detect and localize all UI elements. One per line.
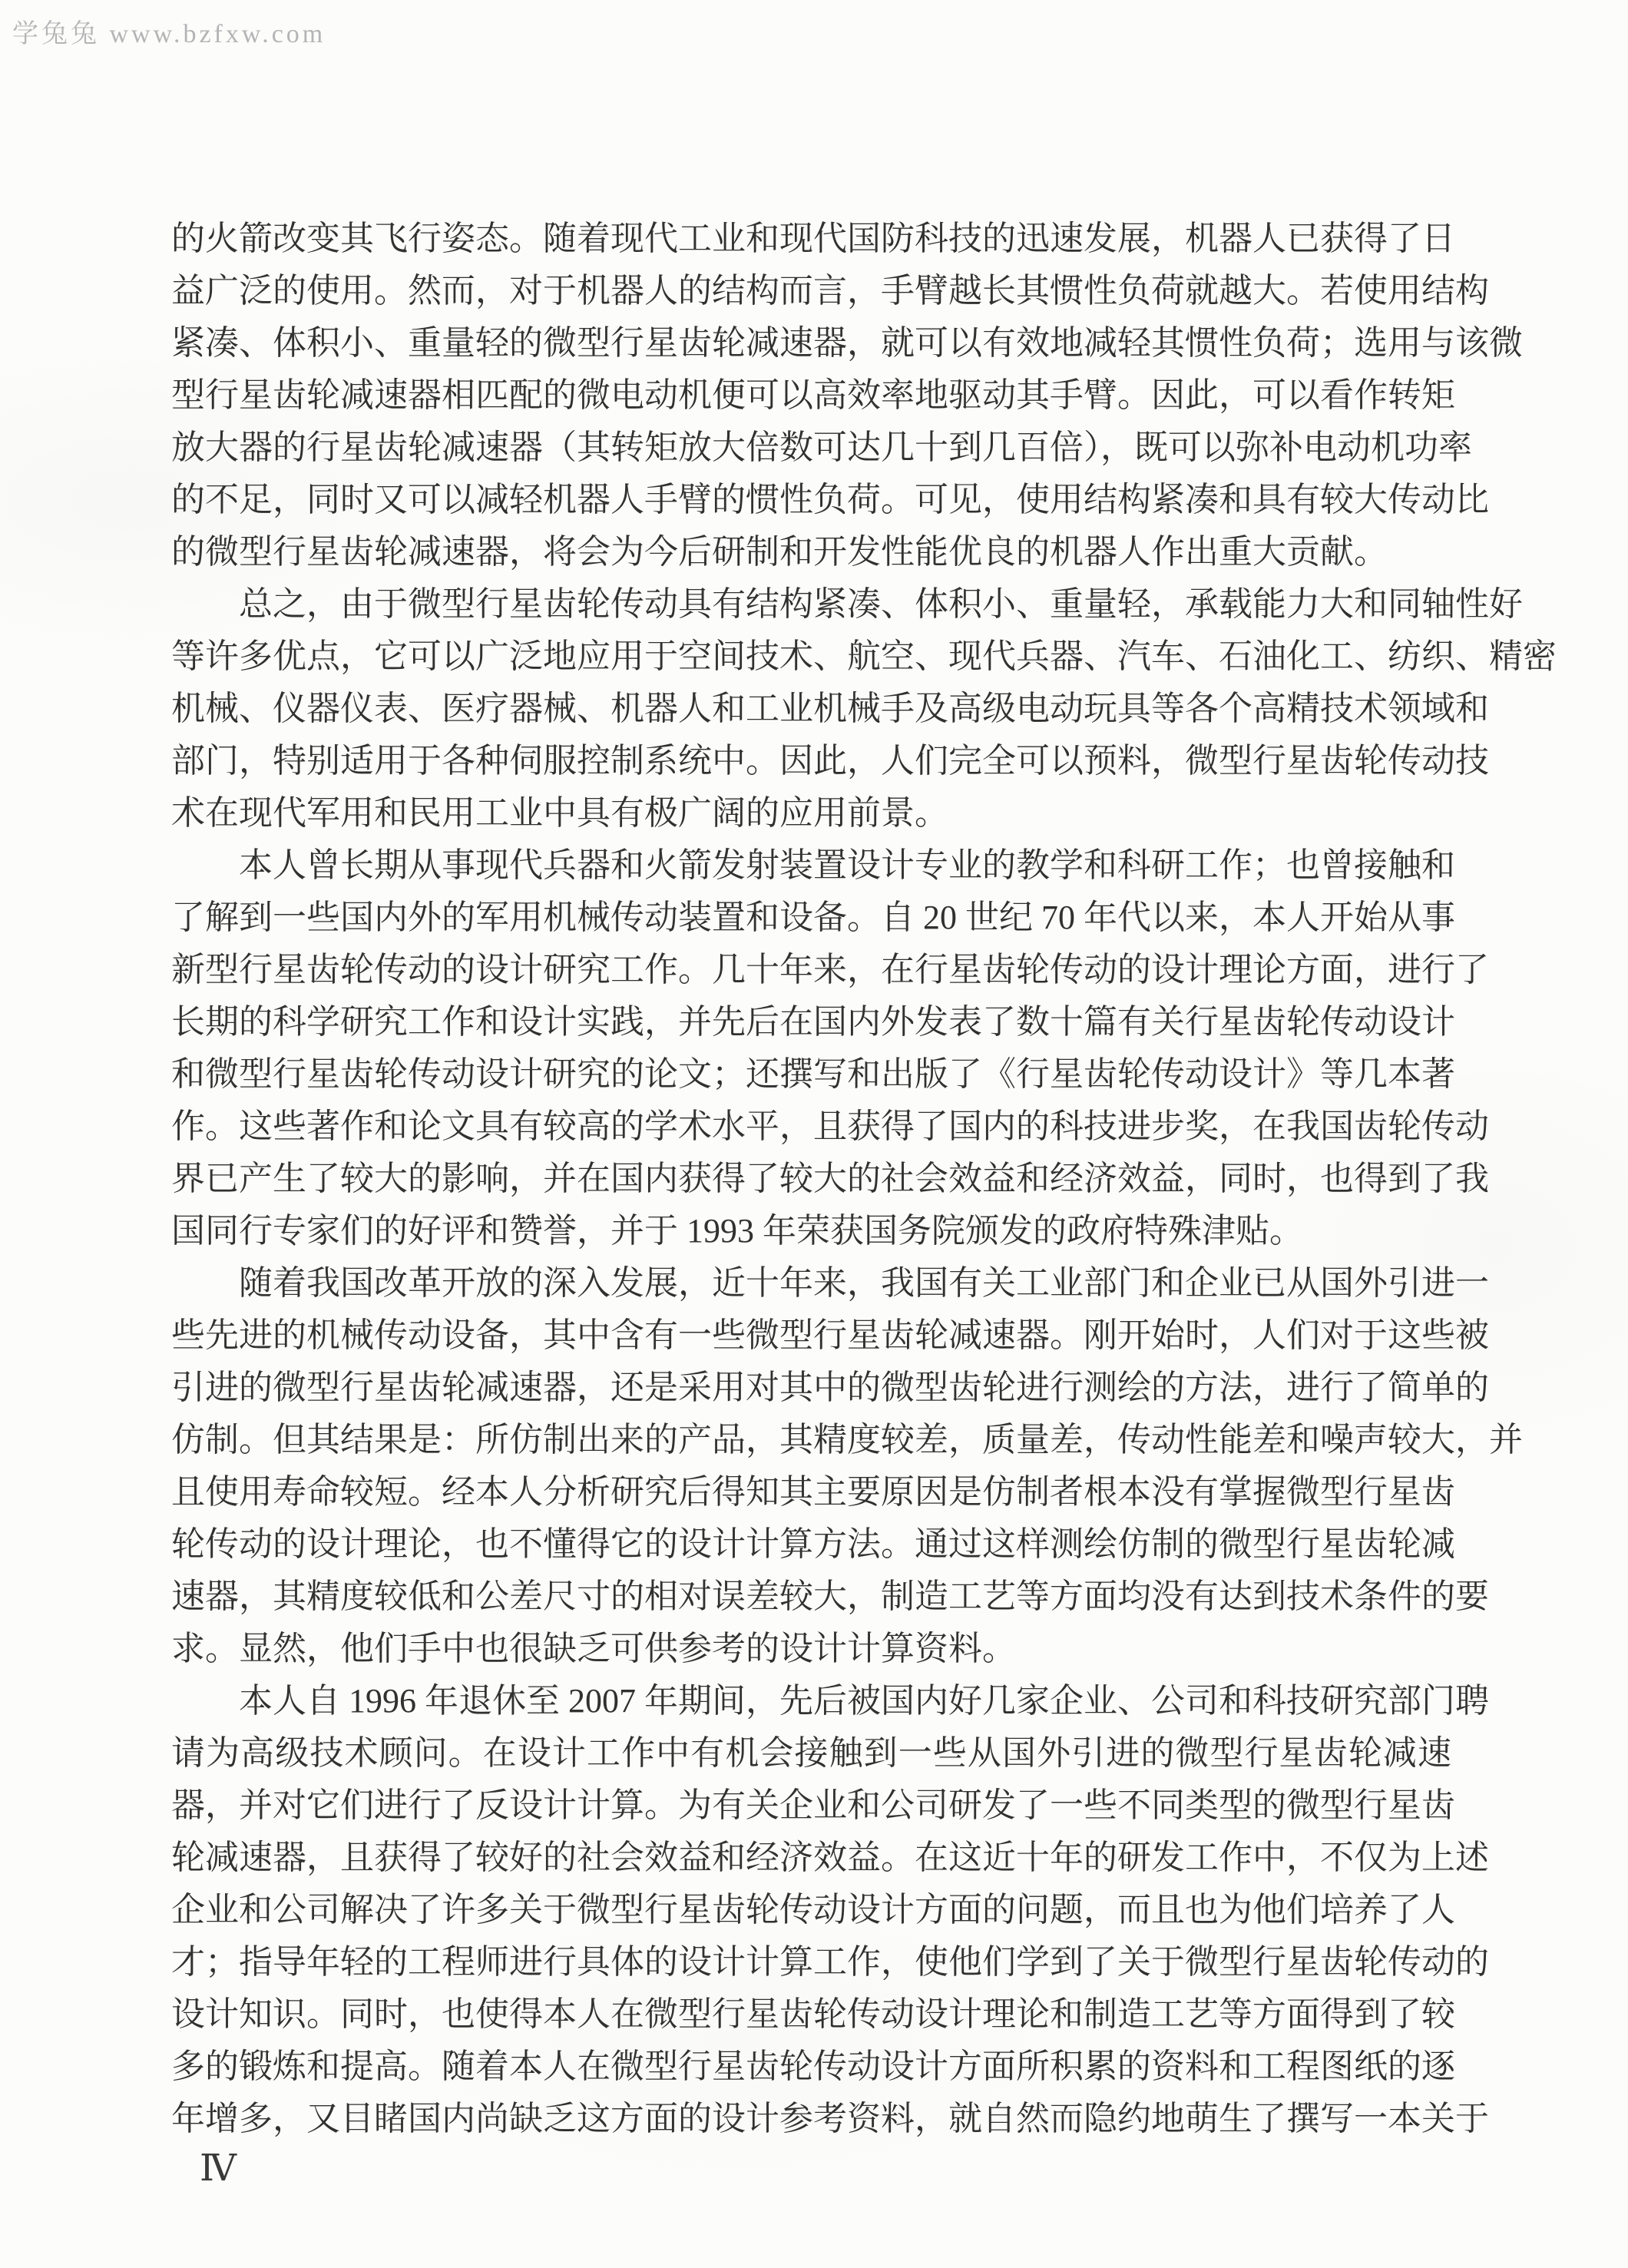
text-line: 等许多优点，它可以广泛地应用于空间技术、航空、现代兵器、汽车、石油化工、纺织、精… <box>171 631 1451 683</box>
body-text-block: 的火箭改变其飞行姿态。随着现代工业和现代国防科技的迅速发展，机器人已获得了日益广… <box>171 213 1451 2145</box>
text-line: 企业和公司解决了许多关于微型行星齿轮传动设计方面的问题，而且也为他们培养了人 <box>171 1884 1451 1936</box>
text-line: 才；指导年轻的工程师进行具体的设计计算工作，使他们学到了关于微型行星齿轮传动的 <box>171 1936 1451 1988</box>
page-number: Ⅳ <box>200 2147 237 2190</box>
text-line: 国同行专家们的好评和赞誉，并于 1993 年荣获国务院颁发的政府特殊津贴。 <box>171 1205 1451 1257</box>
text-line: 随着我国改革开放的深入发展，近十年来，我国有关工业部门和企业已从国外引进一 <box>171 1257 1451 1309</box>
text-line: 术在现代军用和民用工业中具有极广阔的应用前景。 <box>171 787 1451 839</box>
text-line: 新型行星齿轮传动的设计研究工作。几十年来，在行星齿轮传动的设计理论方面，进行了 <box>171 944 1451 996</box>
text-line: 设计知识。同时，也使得本人在微型行星齿轮传动设计理论和制造工艺等方面得到了较 <box>171 1988 1451 2041</box>
text-line: 界已产生了较大的影响，并在国内获得了较大的社会效益和经济效益，同时，也得到了我 <box>171 1153 1451 1205</box>
text-line: 放大器的行星齿轮减速器（其转矩放大倍数可达几十到几百倍），既可以弥补电动机功率 <box>171 422 1451 474</box>
text-line: 引进的微型行星齿轮减速器，还是采用对其中的微型齿轮进行测绘的方法，进行了简单的 <box>171 1362 1451 1414</box>
text-line: 的不足，同时又可以减轻机器人手臂的惯性负荷。可见，使用结构紧凑和具有较大传动比 <box>171 474 1451 526</box>
text-line: 机械、仪器仪表、医疗器械、机器人和工业机械手及高级电动玩具等各个高精技术领域和 <box>171 683 1451 735</box>
text-line: 和微型行星齿轮传动设计研究的论文；还撰写和出版了《行星齿轮传动设计》等几本著 <box>171 1048 1451 1101</box>
document-page: 学兔兔 www.bzfxw.com 的火箭改变其飞行姿态。随着现代工业和现代国防… <box>0 0 1628 2268</box>
text-line: 总之，由于微型行星齿轮传动具有结构紧凑、体积小、重量轻，承载能力大和同轴性好 <box>171 578 1451 631</box>
text-line: 益广泛的使用。然而，对于机器人的结构而言，手臂越长其惯性负荷就越大。若使用结构 <box>171 265 1451 317</box>
text-line: 请为高级技术顾问。在设计工作中有机会接触到一些从国外引进的微型行星齿轮减速 <box>171 1727 1451 1780</box>
watermark-text: 学兔兔 www.bzfxw.com <box>12 12 326 50</box>
text-line: 轮减速器，且获得了较好的社会效益和经济效益。在这近十年的研发工作中，不仅为上述 <box>171 1832 1451 1884</box>
text-line: 紧凑、体积小、重量轻的微型行星齿轮减速器，就可以有效地减轻其惯性负荷；选用与该微 <box>171 317 1451 369</box>
text-line: 且使用寿命较短。经本人分析研究后得知其主要原因是仿制者根本没有掌握微型行星齿 <box>171 1466 1451 1518</box>
text-line: 作。这些著作和论文具有较高的学术水平，且获得了国内的科技进步奖，在我国齿轮传动 <box>171 1101 1451 1153</box>
text-line: 些先进的机械传动设备，其中含有一些微型行星齿轮减速器。刚开始时，人们对于这些被 <box>171 1309 1451 1362</box>
text-line: 多的锻炼和提高。随着本人在微型行星齿轮传动设计方面所积累的资料和工程图纸的逐 <box>171 2041 1451 2093</box>
text-line: 本人曾长期从事现代兵器和火箭发射装置设计专业的教学和科研工作；也曾接触和 <box>171 839 1451 892</box>
text-line: 的火箭改变其飞行姿态。随着现代工业和现代国防科技的迅速发展，机器人已获得了日 <box>171 213 1451 265</box>
text-line: 速器，其精度较低和公差尺寸的相对误差较大，制造工艺等方面均没有达到技术条件的要 <box>171 1571 1451 1623</box>
text-line: 型行星齿轮减速器相匹配的微电动机便可以高效率地驱动其手臂。因此，可以看作转矩 <box>171 369 1451 422</box>
text-line: 部门，特别适用于各种伺服控制系统中。因此，人们完全可以预料，微型行星齿轮传动技 <box>171 735 1451 787</box>
text-line: 了解到一些国内外的军用机械传动装置和设备。自 20 世纪 70 年代以来，本人开… <box>171 892 1451 944</box>
text-line: 长期的科学研究工作和设计实践，并先后在国内外发表了数十篇有关行星齿轮传动设计 <box>171 996 1451 1048</box>
text-line: 本人自 1996 年退休至 2007 年期间，先后被国内好几家企业、公司和科技研… <box>171 1675 1451 1727</box>
text-line: 轮传动的设计理论，也不懂得它的设计计算方法。通过这样测绘仿制的微型行星齿轮减 <box>171 1518 1451 1571</box>
text-line: 的微型行星齿轮减速器，将会为今后研制和开发性能优良的机器人作出重大贡献。 <box>171 526 1451 578</box>
text-line: 求。显然，他们手中也很缺乏可供参考的设计计算资料。 <box>171 1623 1451 1675</box>
text-line: 器，并对它们进行了反设计计算。为有关企业和公司研发了一些不同类型的微型行星齿 <box>171 1780 1451 1832</box>
text-line: 仿制。但其结果是：所仿制出来的产品，其精度较差，质量差，传动性能差和噪声较大，并 <box>171 1414 1451 1466</box>
text-line: 年增多，又目睹国内尚缺乏这方面的设计参考资料，就自然而隐约地萌生了撰写一本关于 <box>171 2093 1451 2145</box>
